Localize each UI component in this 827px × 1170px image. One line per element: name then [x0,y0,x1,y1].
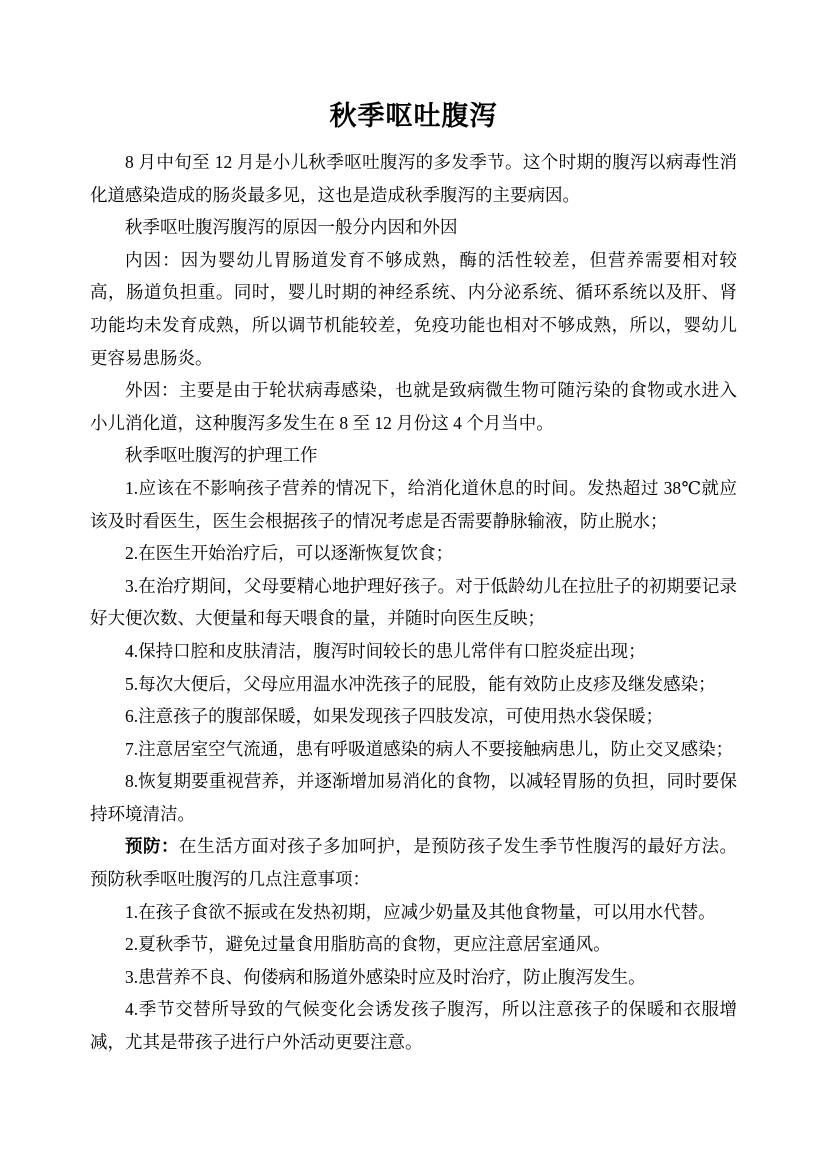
paragraph: 6.注意孩子的腹部保暖，如果发现孩子四肢发凉，可使用热水袋保暖； [90,700,737,733]
paragraph: 3.患营养不良、佝偻病和肠道外感染时应及时治疗，防止腹泻发生。 [90,961,737,994]
document-page: 秋季呕吐腹泻 8 月中旬至 12 月是小儿秋季呕吐腹泻的多发季节。这个时期的腹泻… [0,0,827,1170]
paragraph: 7.注意居室空气流通，患有呼吸道感染的病人不要接触病患儿，防止交叉感染； [90,733,737,766]
paragraph: 4.季节交替所导致的气候变化会诱发孩子腹泻，所以注意孩子的保暖和衣服增减，尤其是… [90,993,737,1058]
paragraph-bold-prefix: 预防： [125,836,179,856]
paragraph: 秋季呕吐腹泻腹泻的原因一般分内因和外因 [90,211,737,244]
paragraph: 5.每次大便后，父母应用温水冲洗孩子的屁股，能有效防止皮疹及继发感染； [90,668,737,701]
paragraph: 3.在治疗期间，父母要精心地护理好孩子。对于低龄幼儿在拉肚子的初期要记录好大便次… [90,570,737,635]
paragraph: 1.在孩子食欲不振或在发热初期，应减少奶量及其他食物量，可以用水代替。 [90,896,737,929]
paragraph: 秋季呕吐腹泻的护理工作 [90,439,737,472]
paragraph: 外因：主要是由于轮状病毒感染，也就是致病微生物可随污染的食物或水进入小儿消化道，… [90,374,737,439]
document-title: 秋季呕吐腹泻 [90,96,737,136]
document-body: 8 月中旬至 12 月是小儿秋季呕吐腹泻的多发季节。这个时期的腹泻以病毒性消化道… [90,146,737,1059]
paragraph: 内因：因为婴幼儿胃肠道发育不够成熟，酶的活性较差，但营养需要相对较高，肠道负担重… [90,244,737,374]
paragraph: 8 月中旬至 12 月是小儿秋季呕吐腹泻的多发季节。这个时期的腹泻以病毒性消化道… [90,146,737,211]
paragraph: 2.在医生开始治疗后，可以逐渐恢复饮食； [90,537,737,570]
paragraph: 预防：在生活方面对孩子多加呵护，是预防孩子发生季节性腹泻的最好方法。预防秋季呕吐… [90,830,737,895]
paragraph: 2.夏秋季节，避免过量食用脂肪高的食物，更应注意居室通风。 [90,928,737,961]
paragraph: 1.应该在不影响孩子营养的情况下，给消化道休息的时间。发热超过 38℃就应该及时… [90,472,737,537]
paragraph: 4.保持口腔和皮肤清洁，腹泻时间较长的患儿常伴有口腔炎症出现； [90,635,737,668]
paragraph: 8.恢复期要重视营养，并逐渐增加易消化的食物，以减轻胃肠的负担，同时要保持环境清… [90,765,737,830]
